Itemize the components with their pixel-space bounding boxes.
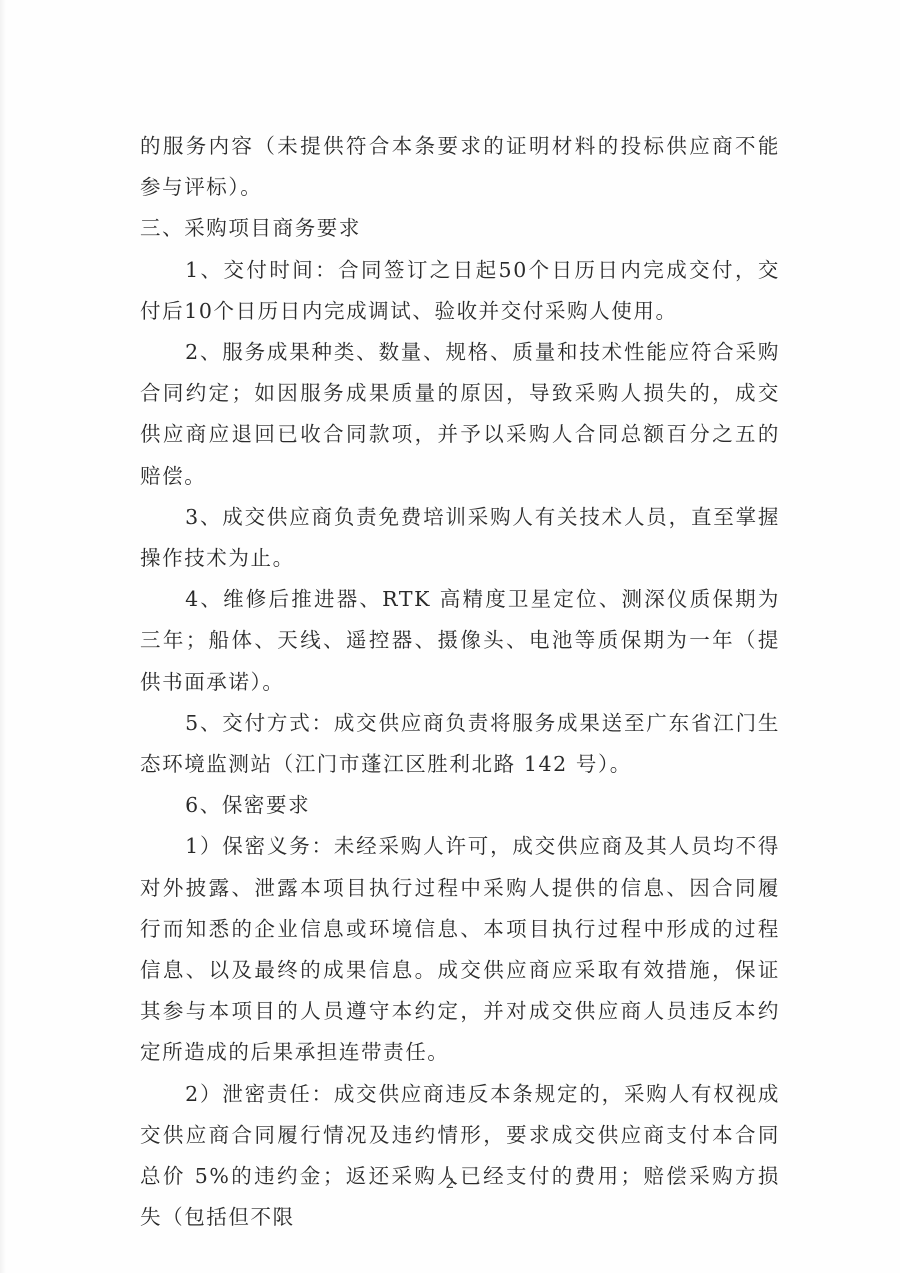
page-number: 2 [0, 1176, 900, 1192]
paragraph-training: 3、成交供应商负责免费培训采购人有关技术人员，直至掌握操作技术为止。 [140, 497, 780, 579]
paragraph-continuation: 的服务内容（未提供符合本条要求的证明材料的投标供应商不能参与评标）。 [140, 126, 780, 208]
paragraph-warranty: 4、维修后推进器、RTK 高精度卫星定位、测深仪质保期为三年；船体、天线、遥控器… [140, 579, 780, 703]
document-body: 的服务内容（未提供符合本条要求的证明材料的投标供应商不能参与评标）。 三、采购项… [140, 126, 780, 1238]
paragraph-delivery-method: 5、交付方式：成交供应商负责将服务成果送至广东省江门生态环境监测站（江门市蓬江区… [140, 703, 780, 785]
paragraph-delivery-time: 1、交付时间：合同签订之日起50个日历日内完成交付，交付后10个日历日内完成调试… [140, 250, 780, 332]
paragraph-leak-liability: 2）泄密责任：成交供应商违反本条规定的，采购人有权视成交供应商合同履行情况及违约… [140, 1074, 780, 1239]
document-page: 的服务内容（未提供符合本条要求的证明材料的投标供应商不能参与评标）。 三、采购项… [0, 0, 900, 1273]
scan-edge-shadow [0, 0, 6, 1273]
paragraph-service-quality: 2、服务成果种类、数量、规格、质量和技术性能应符合采购合同约定；如因服务成果质量… [140, 332, 780, 497]
paragraph-confidentiality-heading: 6、保密要求 [140, 785, 780, 826]
section-heading-commercial-requirements: 三、采购项目商务要求 [140, 208, 780, 249]
paragraph-confidentiality-obligation: 1）保密义务：未经采购人许可，成交供应商及其人员均不得对外披露、泄露本项目执行过… [140, 826, 780, 1073]
